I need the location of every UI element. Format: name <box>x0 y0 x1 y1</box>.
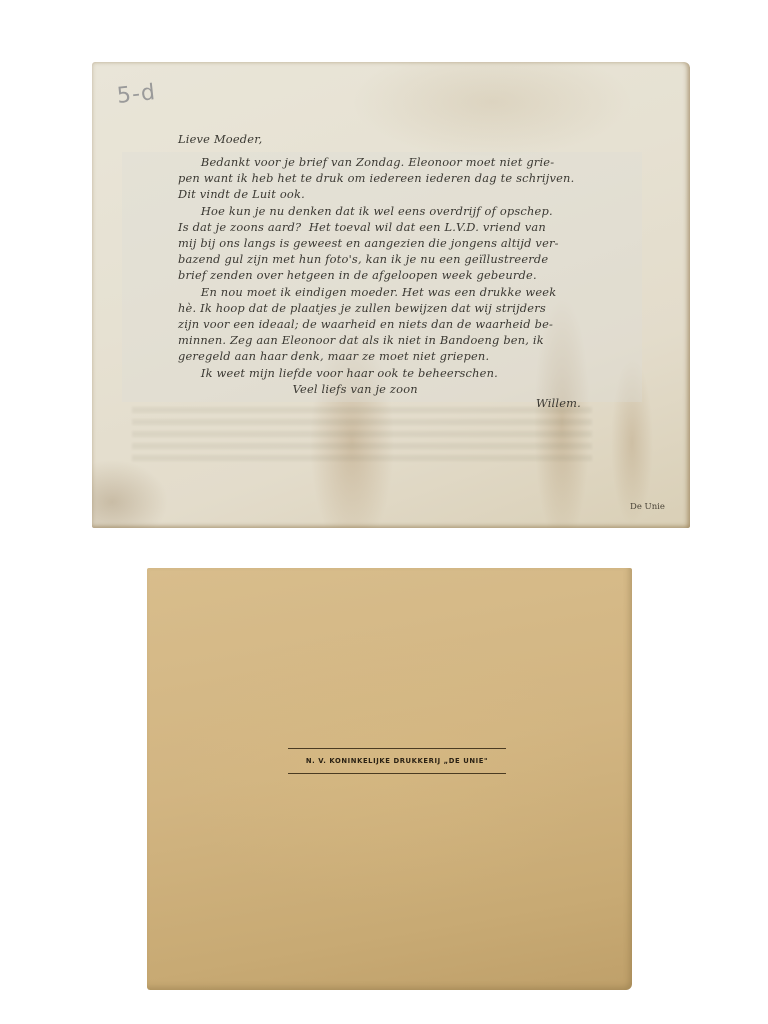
letter-line: minnen. Zeg aan Eleonoor dat als ik niet… <box>178 332 574 348</box>
bleed-through-text <box>132 407 592 467</box>
letter-line: Ik weet mijn liefde voor haar ook te beh… <box>178 365 574 381</box>
letter-body: Bedankt voor je brief van Zondag. Eleono… <box>178 154 574 397</box>
letter-line: Dit vindt de Luit ook. <box>178 186 574 202</box>
pencil-annotation: 5-d <box>116 80 157 109</box>
letter-line: Is dat je zoons aard? Het toeval wil dat… <box>178 219 574 235</box>
letter-line: geregeld aan haar denk, maar ze moet nie… <box>178 348 574 364</box>
letter-line: pen want ik heb het te druk om iedereen … <box>178 170 574 186</box>
letter-line: Veel liefs van je zoon <box>178 381 574 397</box>
letter-salutation: Lieve Moeder, <box>178 131 262 147</box>
letter-line: Bedankt voor je brief van Zondag. Eleono… <box>178 154 574 170</box>
letter-line: Hoe kun je nu denken dat ik wel eens ove… <box>178 203 574 219</box>
printer-imprint: N. V. KONINKELIJKE DRUKKERIJ „DE UNIE" <box>288 748 506 774</box>
letter-sheet: 5-d Lieve Moeder, Bedankt voor je brief … <box>92 62 690 528</box>
booklet-cover: N. V. KONINKELIJKE DRUKKERIJ „DE UNIE" <box>147 568 632 990</box>
letter-line: En nou moet ik eindigen moeder. Het was … <box>178 284 574 300</box>
letter-line: zijn voor een ideaal; de waarheid en nie… <box>178 316 574 332</box>
letter-line: brief zenden over hetgeen in de afgeloop… <box>178 267 574 283</box>
letter-line: mij bij ons langs is geweest en aangezie… <box>178 235 574 251</box>
letter-line: hè. Ik hoop dat de plaatjes je zullen be… <box>178 300 574 316</box>
printer-mark: De Unie <box>630 502 665 512</box>
letter-line: bazend gul zijn met hun foto's, kan ik j… <box>178 251 574 267</box>
